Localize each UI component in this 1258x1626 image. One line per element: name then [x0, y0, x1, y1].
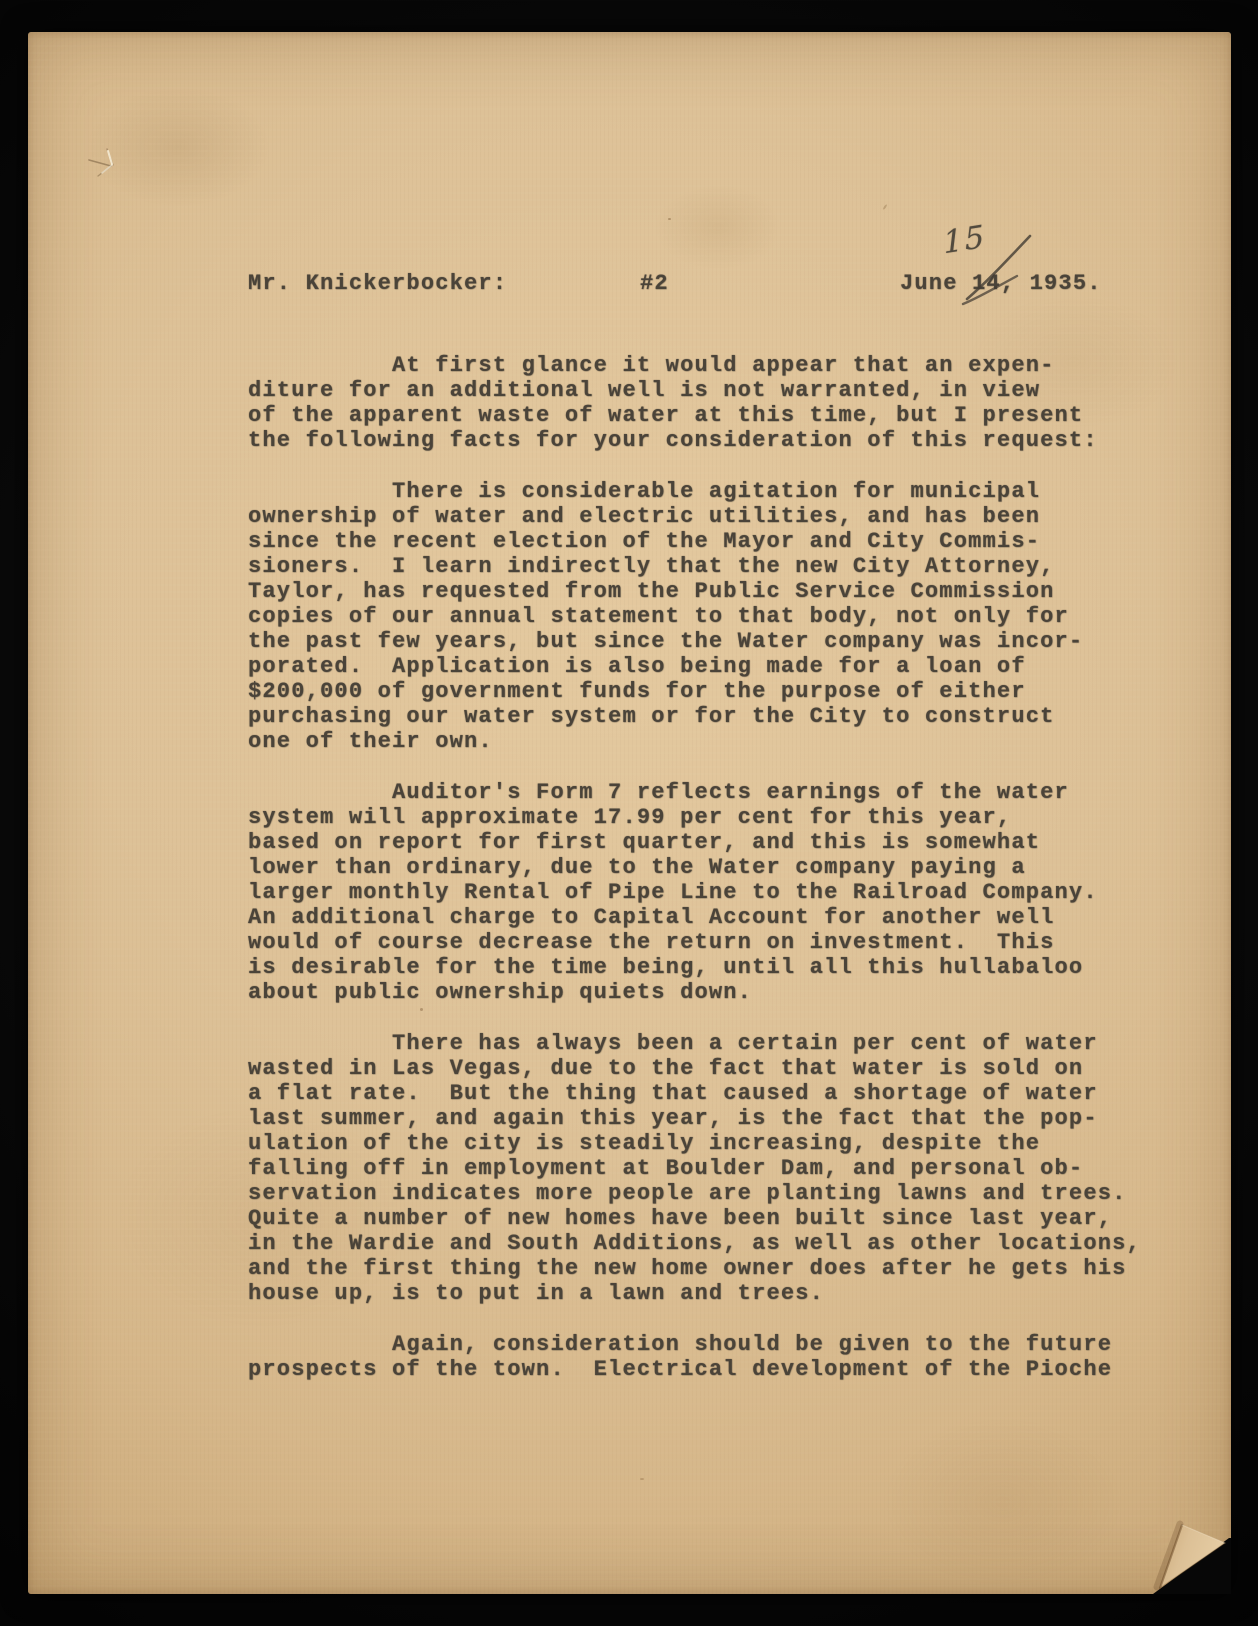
date-line: June 14 15, 1935.: [900, 271, 1102, 296]
paragraph-3: Auditor's Form 7 reflects earnings of th…: [248, 780, 1198, 1005]
date-struck-day: 14 15: [972, 271, 1001, 296]
page-number: #2: [640, 271, 669, 296]
paper-crease-mark: [83, 130, 163, 200]
paragraph-2: There is considerable agitation for muni…: [248, 479, 1198, 754]
folded-corner: [1101, 1464, 1231, 1594]
letter-body: Mr. Knickerbocker: #2 June 14 15, 1935. …: [248, 271, 1198, 1382]
recipient-name: Mr. Knickerbocker:: [248, 271, 507, 296]
photo-background: Mr. Knickerbocker: #2 June 14 15, 1935. …: [0, 0, 1258, 1626]
letter-page: Mr. Knickerbocker: #2 June 14 15, 1935. …: [28, 32, 1231, 1594]
date-suffix: , 1935.: [1001, 271, 1102, 296]
letter-header: Mr. Knickerbocker: #2 June 14 15, 1935.: [248, 271, 1198, 296]
handwritten-date-correction: 15: [942, 222, 987, 259]
date-struck-text: 14: [972, 271, 1001, 296]
paper-speck: [640, 1478, 644, 1480]
paper-speck: [668, 218, 671, 220]
date-prefix: June: [900, 271, 972, 296]
paragraph-4: There has always been a certain per cent…: [248, 1031, 1198, 1306]
paper-fiber: [882, 204, 887, 210]
paragraph-1: At first glance it would appear that an …: [248, 353, 1198, 453]
paragraph-5: Again, consideration should be given to …: [248, 1332, 1198, 1382]
